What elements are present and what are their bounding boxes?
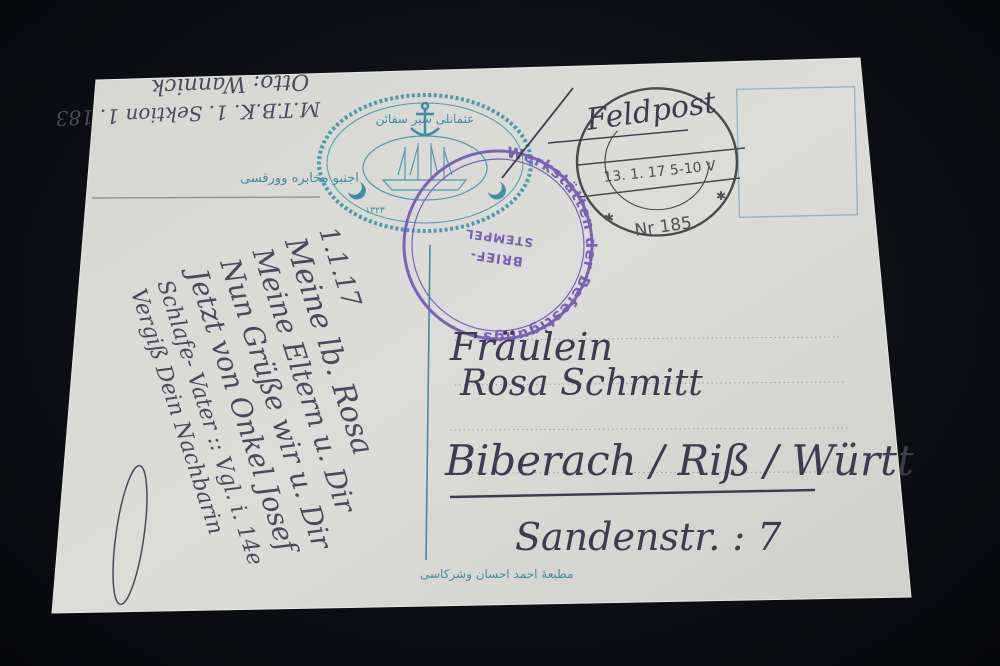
address-street: Sandenstr. : 7 — [515, 515, 782, 559]
seal-year: ١٣٢٣ — [365, 206, 385, 216]
address-name: Rosa Schmitt — [459, 363, 703, 404]
star-icon: ✱ — [604, 211, 614, 225]
star-icon: ✱ — [716, 189, 726, 203]
seal-text: عثمانلی سیر سفائن — [376, 112, 475, 127]
photo-scene: M.T.B.K. 1. Sektion 1. 183 Otto: Wannick… — [0, 0, 1000, 666]
address-city: Biberach / Riß / Württ — [444, 436, 914, 485]
postcard: M.T.B.K. 1. Sektion 1. 183 Otto: Wannick… — [0, 0, 1000, 666]
sender-line-2: Otto: Wannick — [151, 69, 310, 100]
printer-imprint: مطبعهٔ احمد احسان وشرکاسی — [420, 567, 573, 582]
printed-header-arabic: اجنبو مخابره وورقسی — [240, 171, 359, 186]
